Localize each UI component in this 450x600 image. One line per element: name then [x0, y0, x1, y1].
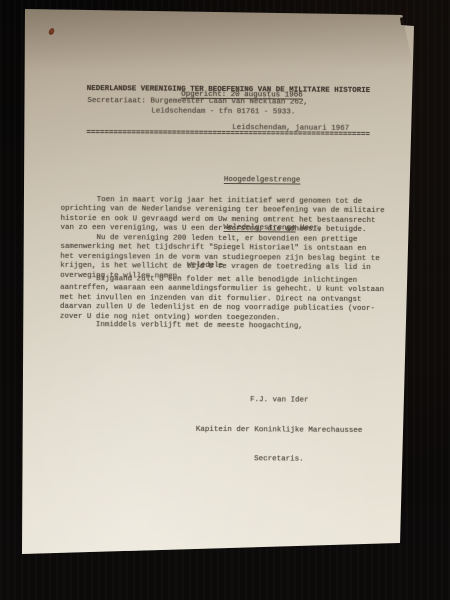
secretariat-line-2: Leidschendam - tfn 01761 - 5933.: [151, 107, 295, 117]
signature-block: F.J. van Ider Kapitein der Koninklijke M…: [147, 376, 412, 485]
typed-letter-content: NEDERLANDSE VERENIGING TER BEOEFENING VA…: [0, 0, 450, 600]
signature-role: Secretaris.: [147, 454, 411, 466]
dateline: Leidschendam, januari 1967: [232, 124, 349, 134]
salutation-line-1: Hoogedelgestrenge: [188, 166, 323, 196]
closing-line: Inmiddels verblijft met de meeste hoogac…: [60, 321, 398, 333]
signature-name: F.J. van Ider: [147, 396, 411, 408]
body-paragraph-1: Toen in maart vorig jaar het initiatief …: [60, 196, 398, 236]
body-paragraph-3: Bijgaand zult U een folder met alle beno…: [60, 275, 398, 324]
photo-of-letter: NEDERLANDSE VERENIGING TER BEOEFENING VA…: [0, 0, 450, 600]
signature-rank: Kapitein der Koninklijke Marechaussee: [147, 425, 411, 437]
salutation-honorific-1: Hoogedelgestrenge: [224, 176, 301, 185]
